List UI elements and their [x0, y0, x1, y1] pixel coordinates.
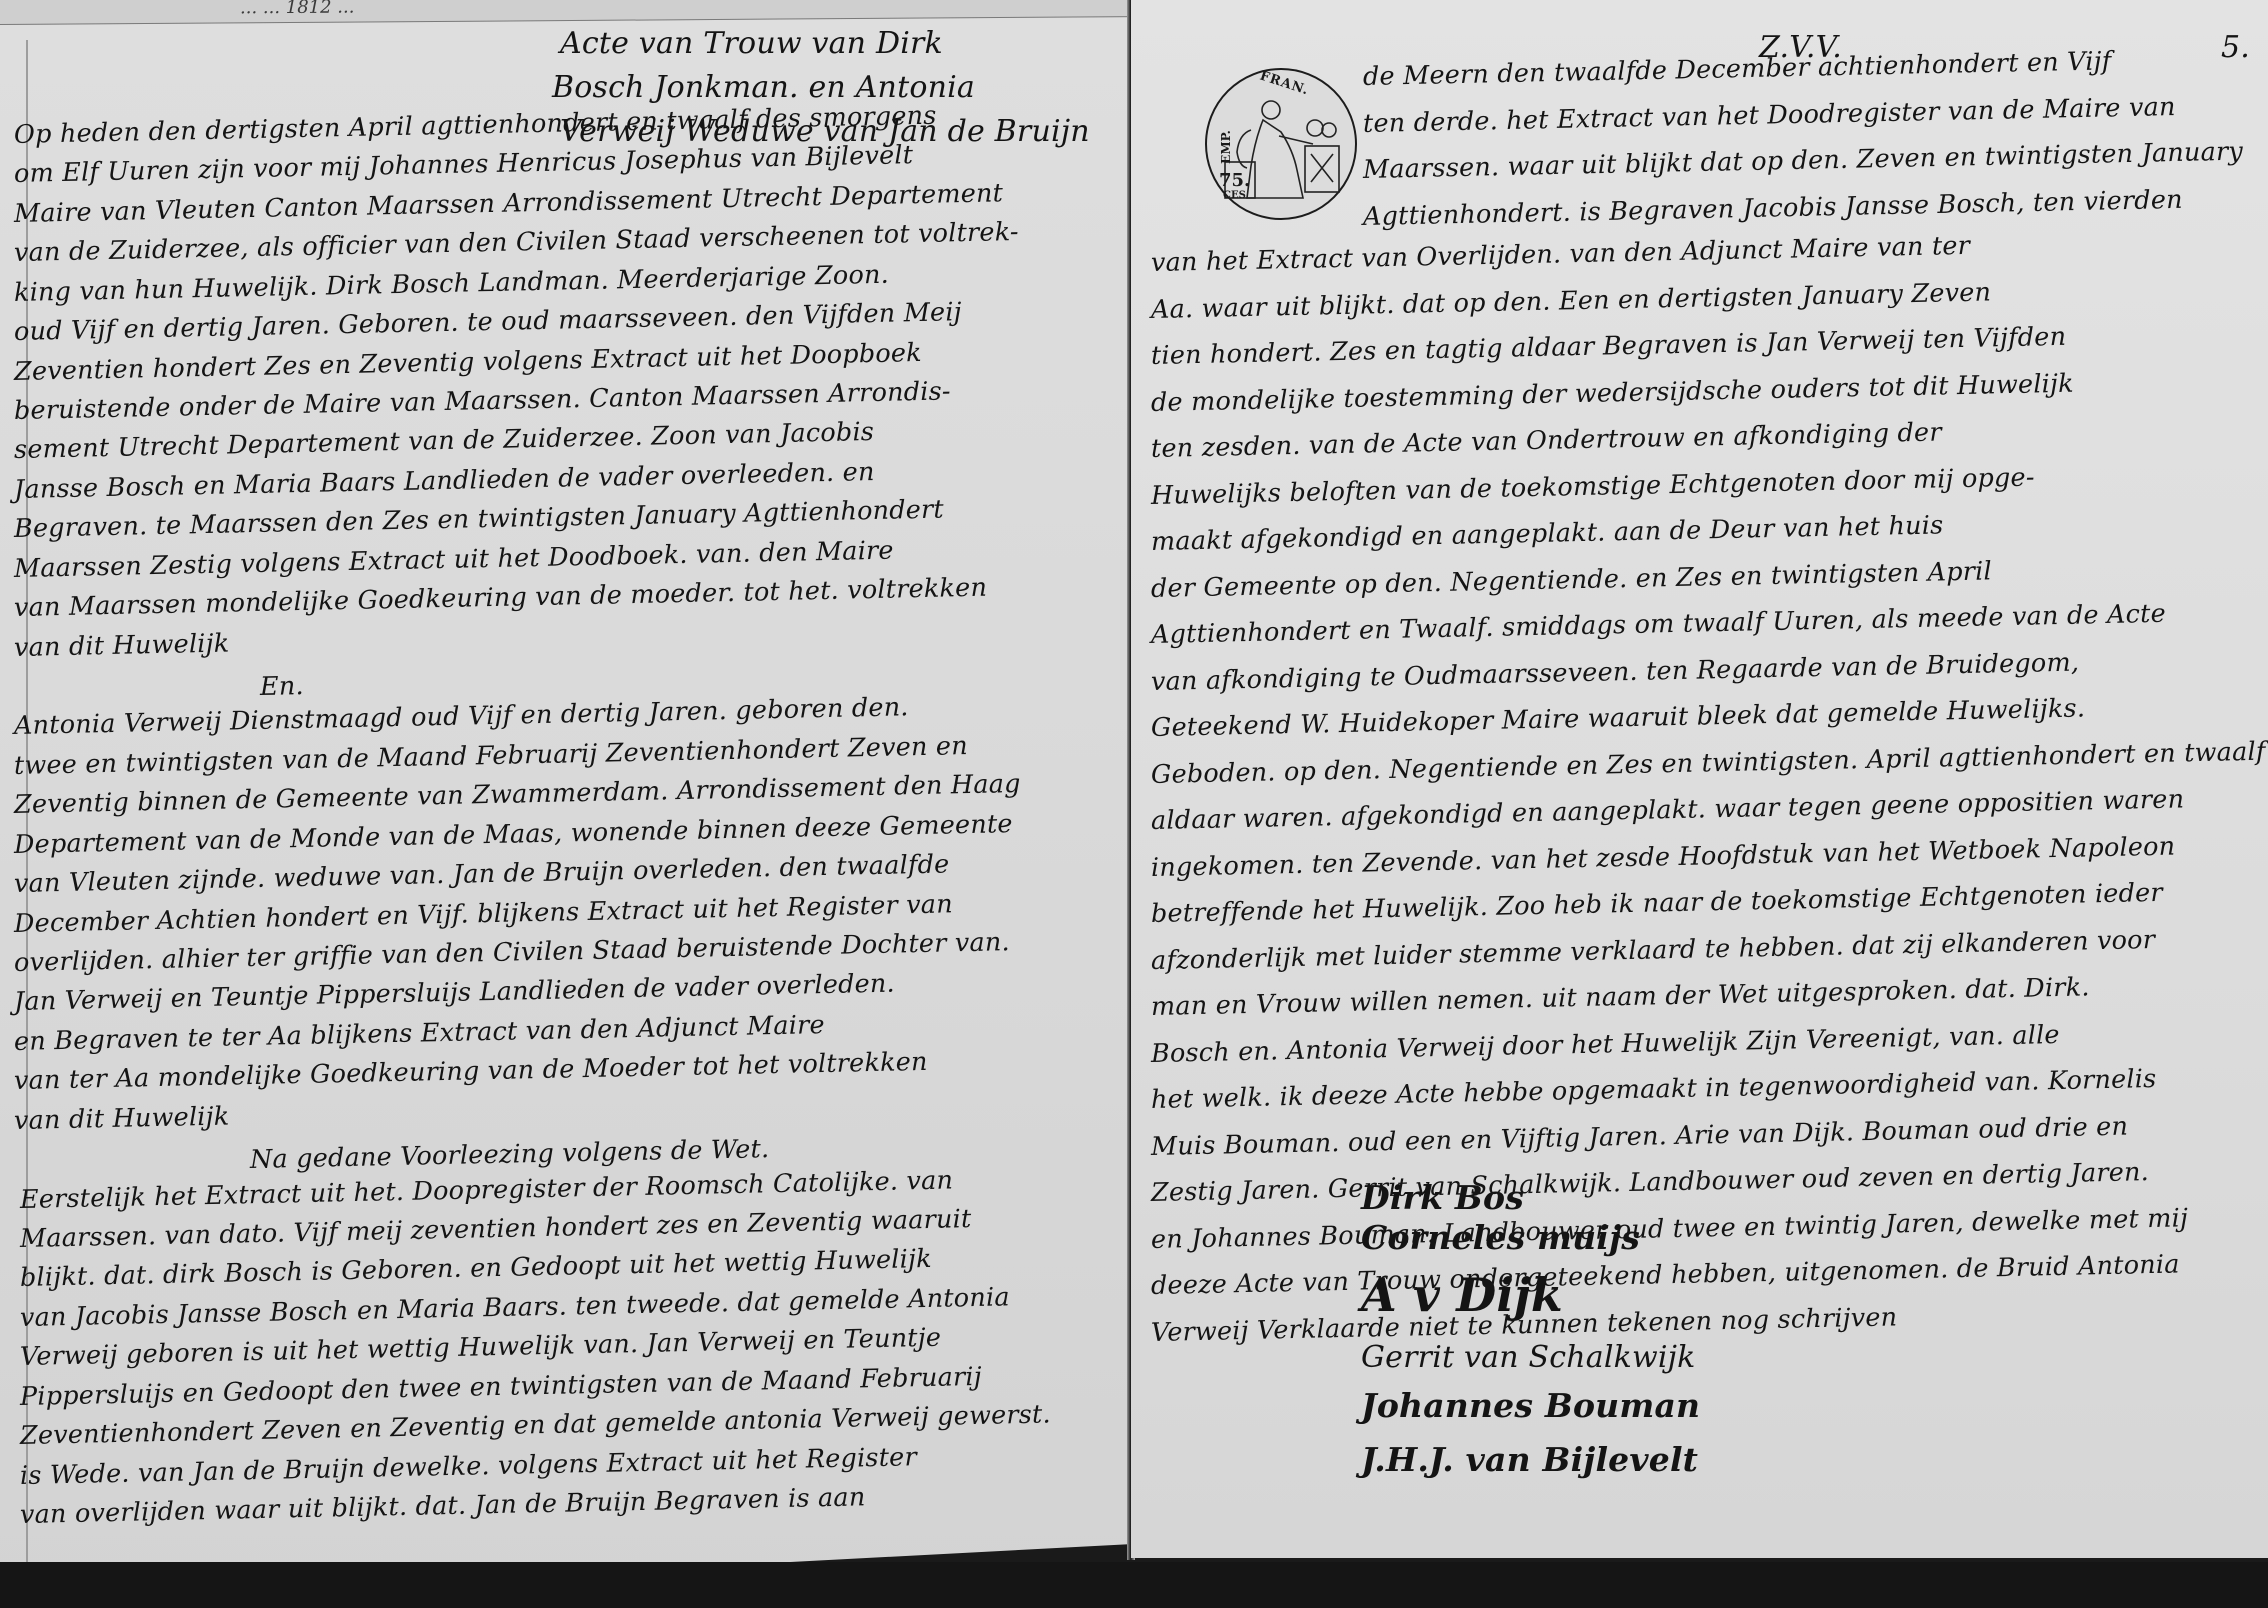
manuscript-line: ingekomen. ten Zevende. van het zesde Ho… — [1151, 832, 2176, 883]
manuscript-line: om Elf Uuren zijn voor mij Johannes Henr… — [14, 140, 914, 189]
manuscript-line: van afkondiging te Oudmaarsseveen. ten R… — [1151, 648, 2080, 697]
manuscript-line: ten derde. het Extract van het Doodregis… — [1363, 92, 2176, 139]
manuscript-line: het welk. ik deeze Acte hebbe opgemaakt … — [1151, 1064, 2157, 1115]
stamp-value: 75. — [1219, 170, 1250, 191]
manuscript-line: blijkt. dat. dirk Bosch is Geboren. en G… — [20, 1244, 932, 1293]
manuscript-line: van overlijden waar uit blijkt. dat. Jan… — [20, 1482, 866, 1530]
manuscript-line: Agttienhondert en Twaalf. smiddags om tw… — [1151, 599, 2166, 650]
manuscript-line: tien hondert. Zes en tagtig aldaar Begra… — [1151, 322, 2067, 371]
manuscript-line: Zestig Jaren. Gerrit van Schalkwijk. Lan… — [1151, 1157, 2150, 1208]
manuscript-line: ten zesden. van de Acte van Ondertrouw e… — [1151, 417, 1942, 464]
manuscript-line: Aa. waar uit blijkt. dat op den. Een en … — [1151, 277, 1992, 325]
manuscript-line: van het Extract van Overlijden. van den … — [1151, 231, 1971, 278]
previous-page-edge-strip: ... ... 1812 ... — [0, 0, 1133, 25]
manuscript-line: van ter Aa mondelijke Goedkeuring van de… — [14, 1047, 928, 1096]
manuscript-line: van dit Huwelijk — [14, 628, 230, 663]
manuscript-line: en Begraven te ter Aa blijkens Extract v… — [14, 1010, 825, 1057]
book-spread: ... ... 1812 ... Acte van Trouw van Dirk… — [0, 0, 2268, 1608]
record-heading-line-2: Bosch Jonkman. en Antonia — [552, 70, 975, 105]
signature: Gerrit van Schalkwijk — [1361, 1340, 1696, 1375]
manuscript-line: En. — [260, 671, 304, 702]
signature: Dirk Bos — [1361, 1178, 1524, 1217]
manuscript-line: de mondelijke toestemming der wedersijds… — [1151, 369, 2074, 418]
manuscript-line: Bosch en. Antonia Verweij door het Huwel… — [1151, 1020, 2060, 1069]
manuscript-line: en Johannes Bouman. Landbouwer oud twee … — [1151, 1203, 2189, 1255]
manuscript-line: de Meern den twaalfde December achtienho… — [1363, 46, 2112, 92]
record-heading-line-1: Acte van Trouw van Dirk — [560, 26, 943, 61]
signature: Johannes Bouman — [1361, 1386, 1700, 1425]
signature: A v Dijk — [1361, 1268, 1563, 1322]
manuscript-line: Geteekend W. Huidekoper Maire waaruit bl… — [1151, 693, 2086, 743]
manuscript-line: Na gedane Voorleezing volgens de Wet. — [250, 1134, 770, 1175]
manuscript-line: man en Vrouw willen nemen. uit naam der … — [1151, 972, 2090, 1022]
manuscript-line: Antonia Verweij Dienstmaagd oud Vijf en … — [14, 692, 909, 741]
manuscript-line: Geboden. op den. Negentiende en Zes en t… — [1151, 737, 2266, 790]
manuscript-line: Jan Verweij en Teuntje Pippersluijs Land… — [14, 969, 895, 1017]
scan-background-bottom — [0, 1562, 2268, 1608]
manuscript-line: afzonderlijk met luider stemme verklaard… — [1151, 925, 2156, 976]
manuscript-line: Agttienhondert. is Begraven Jacobis Jans… — [1363, 185, 2183, 232]
manuscript-line: maakt afgekondigd en aangeplakt. aan de … — [1151, 510, 1944, 557]
manuscript-line: der Gemeente op den. Negentiende. en Zes… — [1151, 556, 1992, 604]
manuscript-line: Muis Bouman. oud een en Vijftig Jaren. A… — [1151, 1112, 2129, 1162]
signature: Corneles muijs — [1361, 1218, 1640, 1257]
manuscript-line: Huwelijks beloften van de toekomstige Ec… — [1151, 462, 2035, 511]
manuscript-line: betreffende het Huwelijk. Zoo heb ik naa… — [1151, 878, 2163, 929]
manuscript-line: Maarssen. waar uit blijkt dat op den. Ze… — [1363, 137, 2244, 185]
manuscript-line: sement Utrecht Departement van de Zuider… — [14, 417, 875, 465]
manuscript-line: van dit Huwelijk — [14, 1101, 230, 1136]
manuscript-line: aldaar waren. afgekondigd en aangeplakt.… — [1151, 784, 2185, 836]
manuscript-line: deeze Acte van Trouw ondergeteekend hebb… — [1151, 1249, 2180, 1301]
right-page: Z.V.V. 5. de Meern den twaalfde December… — [1131, 0, 2268, 1558]
page-number: 5. — [2221, 30, 2250, 65]
signature: J.H.J. van Bijlevelt — [1361, 1440, 1698, 1479]
left-page: ... ... 1812 ... Acte van Trouw van Dirk… — [0, 0, 1133, 1600]
tax-stamp: FRAN. EMP. 75. CES — [1205, 68, 1357, 220]
stamp-emp-text: EMP. — [1219, 130, 1233, 164]
stamp-unit: CES — [1223, 190, 1246, 201]
